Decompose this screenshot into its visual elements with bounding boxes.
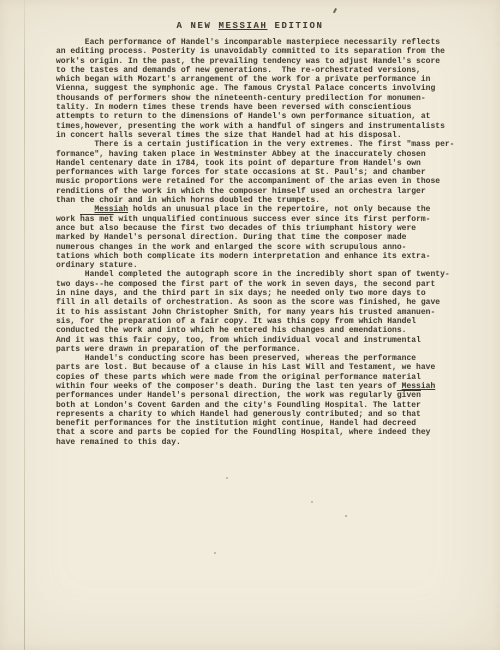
text-line: within four weeks of the composer's deat… [56, 382, 500, 391]
text-line: times,however, presenting the work with … [56, 122, 500, 131]
paragraph: There is a certain justification in the … [56, 140, 500, 205]
text-line: fill in all details of orchestration. As… [56, 298, 500, 307]
text-line: sis, for the preparation of a fair copy.… [56, 317, 500, 326]
text-line: it to his assistant John Christopher Smi… [56, 308, 500, 317]
text-line: both at London's Covent Garden and the c… [56, 401, 500, 410]
text-line: to the tastes and demands of new generat… [56, 66, 500, 75]
text-line: performances with large forces for state… [56, 168, 500, 177]
text-line: marked by Handel's personal direction. D… [56, 233, 500, 242]
text-line: conducted the work and into which he ent… [56, 326, 500, 335]
paragraph: Handel completed the autograph score in … [56, 270, 500, 354]
text-line: tality. In modern times these trends hav… [56, 103, 500, 112]
paragraph: Handel's conducting score has been prese… [56, 354, 500, 447]
text-line: that a score and parts be copied for the… [56, 428, 500, 437]
text-line: thousands of performers show the ninetee… [56, 94, 500, 103]
text-line: attempts to return to the dimensions of … [56, 112, 500, 121]
paragraph: Each performance of Handel's incomparabl… [56, 38, 500, 140]
text-line: tations which both complicate its modern… [56, 252, 500, 261]
text-line: There is a certain justification in the … [56, 140, 500, 149]
paragraph: Messiah holds an unusual place in the re… [56, 205, 500, 270]
text-line: copies of these parts which were made fr… [56, 373, 500, 382]
text-line: in concert halls several times the size … [56, 131, 500, 140]
text-line: ance but also because the first two deca… [56, 224, 500, 233]
text-line: formance", having taken place in Westmin… [56, 150, 500, 159]
text-line: which began with Mozart's arrangement of… [56, 75, 500, 84]
text-line: represents a charity to which Handel had… [56, 410, 500, 419]
paper-speck [345, 515, 347, 517]
text-line: numerous changes in the work and enlarge… [56, 243, 500, 252]
text-line: have remained to this day. [56, 438, 500, 447]
text-line: Handel centenary date in 1784, took its … [56, 159, 500, 168]
text-line: parts are lost. But because of a clause … [56, 363, 500, 372]
ink-smudge [333, 8, 337, 13]
paper-speck [214, 552, 216, 554]
text-line: Each performance of Handel's incomparabl… [56, 38, 500, 47]
text-line: ordinary stature. [56, 261, 500, 270]
text-line: two days--he composed the first part of … [56, 280, 500, 289]
text-line: in nine days, and the third part in six … [56, 289, 500, 298]
text-line: renditions of the work in which the comp… [56, 187, 500, 196]
document-body: Each performance of Handel's incomparabl… [56, 38, 500, 447]
text-line: And it was this fair copy, too, from whi… [56, 336, 500, 345]
paper-crease [24, 0, 25, 650]
text-line: music proportions were retained for the … [56, 177, 500, 186]
text-line: performances under Handel's personal dir… [56, 391, 500, 400]
text-line: Handel completed the autograph score in … [56, 270, 500, 279]
text-line: Messiah holds an unusual place in the re… [56, 205, 500, 214]
paper-speck [311, 501, 313, 503]
text-line: work's origin. In the past, the prevaili… [56, 57, 500, 66]
text-line: parts were drawn in preparation of the p… [56, 345, 500, 354]
document-page: A NEW MESSIAH EDITION Each performance o… [0, 0, 500, 650]
paper-speck [226, 477, 228, 479]
page-title: A NEW MESSIAH EDITION [0, 21, 500, 31]
text-line: than the choir and in which horns double… [56, 196, 500, 205]
text-line: Handel's conducting score has been prese… [56, 354, 500, 363]
text-line: an editing process. Posterity is unavoid… [56, 47, 500, 56]
text-line: work has met with unqualified continuous… [56, 215, 500, 224]
text-line: Vienna, suggest the symphonic age. The f… [56, 84, 500, 93]
text-line: benefit performances for the institution… [56, 419, 500, 428]
